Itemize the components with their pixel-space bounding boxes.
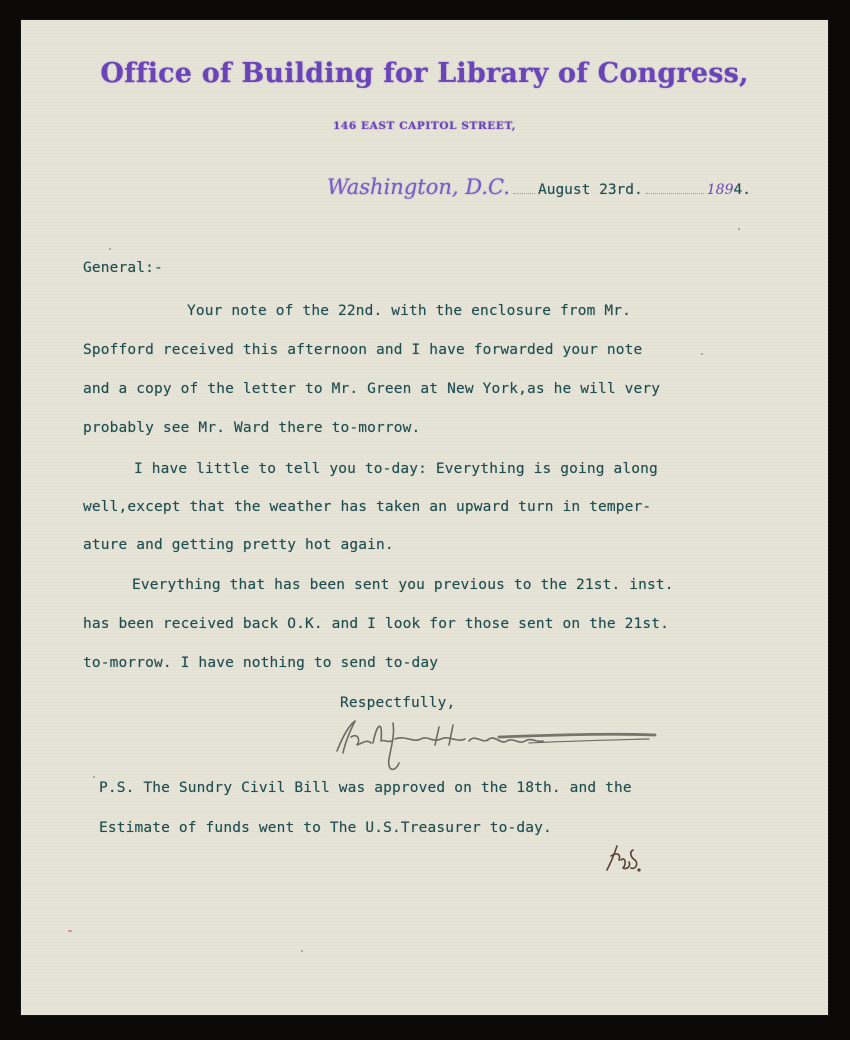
body-line: has been received back O.K. and I look f… [83, 616, 669, 632]
body-line: Spofford received this afternoon and I h… [83, 342, 642, 358]
dateline-year-printed: 189 [707, 182, 734, 198]
handwritten-signature [329, 713, 659, 773]
dotted-rule [646, 192, 704, 194]
body-line: Your note of the 22nd. with the enclosur… [187, 303, 631, 319]
closing: Respectfully, [340, 695, 455, 711]
dateline-year-typed: 4. [733, 182, 750, 198]
paper-speck [234, 588, 236, 590]
handwritten-initials [603, 842, 643, 874]
dateline-place: Washington, D.C. [327, 175, 510, 199]
paper-speck [701, 353, 703, 355]
salutation: General:- [83, 260, 163, 276]
dotted-rule [513, 192, 535, 194]
body-line: ature and getting pretty hot again. [83, 537, 394, 553]
postscript-line: Estimate of funds went to The U.S.Treasu… [99, 820, 552, 836]
postscript-line: P.S. The Sundry Civil Bill was approved … [99, 780, 632, 796]
letter-page: Office of Building for Library of Congre… [21, 20, 828, 1015]
paper-speck [109, 248, 111, 250]
body-line: Everything that has been sent you previo… [132, 577, 674, 593]
paper-speck [68, 930, 72, 932]
dateline-date: August 23rd. [538, 182, 643, 198]
body-line: and a copy of the letter to Mr. Green at… [83, 381, 660, 397]
body-line: probably see Mr. Ward there to-morrow. [83, 420, 420, 436]
body-line: to-morrow. I have nothing to send to-day [83, 655, 438, 671]
body-line: I have little to tell you to-day: Everyt… [134, 461, 658, 477]
dateline: Washington, D.C. August 23rd. 189 4. [327, 175, 751, 199]
paper-speck [738, 228, 740, 230]
paper-speck [301, 950, 303, 952]
letterhead-title: Office of Building for Library of Congre… [21, 58, 828, 89]
letterhead-address: 146 EAST CAPITOL STREET, [21, 120, 828, 132]
body-line: well,except that the weather has taken a… [83, 499, 651, 515]
paper-speck [93, 776, 95, 778]
